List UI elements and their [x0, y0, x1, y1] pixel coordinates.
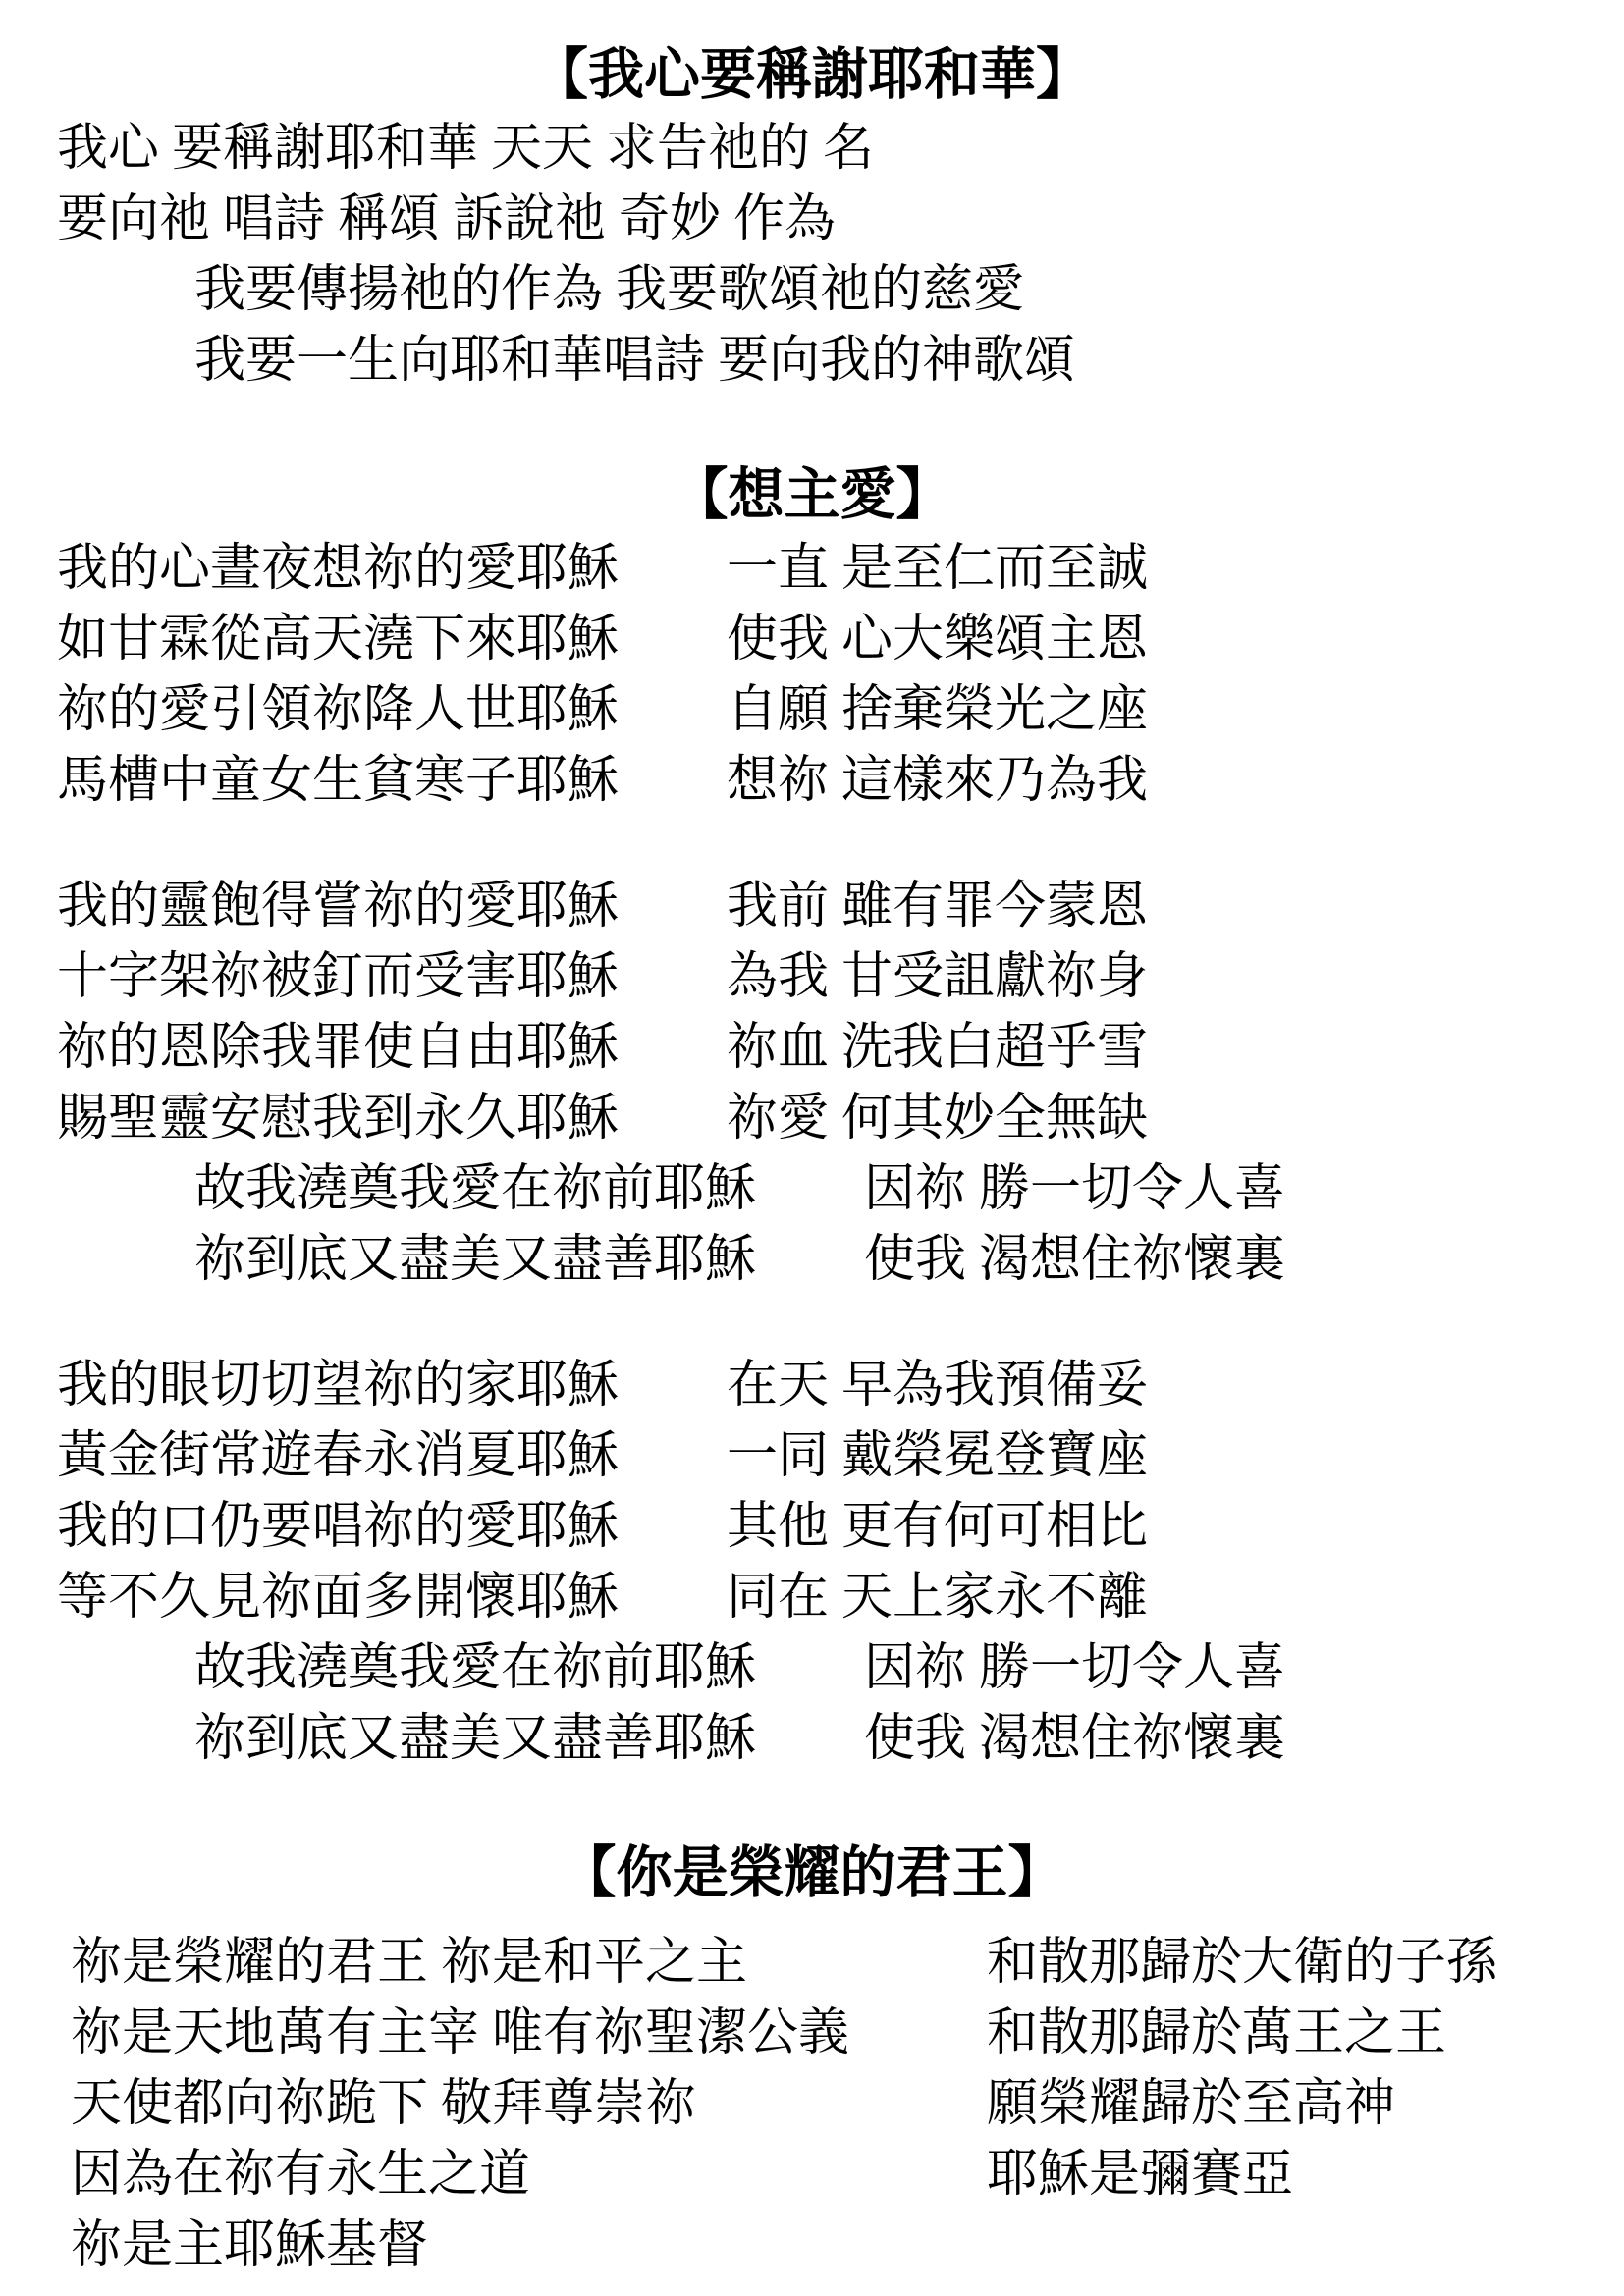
song3-lines: 祢是榮耀的君王 祢是和平之主 和散那歸於大衛的子孫 祢是天地萬有主宰 唯有祢聖潔… [0, 1928, 1624, 2281]
chorus-2: 故我澆奠我愛在祢前耶穌 因祢 勝一切令人喜 祢到底又盡美又盡善耶穌 使我 渴想住… [0, 1633, 1624, 1775]
lyrics-page: 【我心要稱謝耶和華】 我心 要稱謝耶和華 天天 求告祂的 名 要向祂 唱詩 稱頌… [0, 0, 1624, 2296]
lyric-line: 黃金街常遊春永消夏耶穌 一同 戴榮冕登寶座 [0, 1421, 1624, 1492]
lyric-left: 天使都向祢跪下 敬拜尊崇祢 [71, 2069, 987, 2140]
verse-1: 我的心晝夜想祢的愛耶穌 一直 是至仁而至誠 如甘霖從高天澆下來耶穌 使我 心大樂… [0, 534, 1624, 817]
lyric-line: 故我澆奠我愛在祢前耶穌 因祢 勝一切令人喜 [0, 1633, 1624, 1704]
lyric-left: 賜聖靈安慰我到永久耶穌 [57, 1084, 727, 1154]
lyric-right: 和散那歸於大衛的子孫 [987, 1928, 1624, 1999]
verse-3: 我的眼切切望祢的家耶穌 在天 早為我預備妥 黃金街常遊春永消夏耶穌 一同 戴榮冕… [0, 1351, 1624, 1633]
lyric-line: 祢是榮耀的君王 祢是和平之主 和散那歸於大衛的子孫 [0, 1928, 1624, 1999]
lyric-right: 耶穌是彌賽亞 [987, 2140, 1624, 2211]
lyric-left: 如甘霖從高天澆下來耶穌 [57, 605, 727, 675]
lyric-right: 願榮耀歸於至高神 [987, 2069, 1624, 2140]
lyric-right: 和散那歸於萬王之王 [987, 1999, 1624, 2069]
lyric-right: 祢愛 何其妙全無缺 [727, 1084, 1624, 1154]
song-section-1: 【我心要稱謝耶和華】 我心 要稱謝耶和華 天天 求告祂的 名 要向祂 唱詩 稱頌… [0, 37, 1624, 397]
lyric-line: 祢到底又盡美又盡善耶穌 使我 渴想住祢懷裏 [0, 1225, 1624, 1296]
lyric-right: 同在 天上家永不離 [727, 1563, 1624, 1633]
lyric-right: 我前 雖有罪今蒙恩 [727, 872, 1624, 942]
lyric-right: 使我 心大樂頌主恩 [727, 605, 1624, 675]
lyric-line: 祢的恩除我罪使自由耶穌 祢血 洗我白超乎雪 [0, 1013, 1624, 1084]
lyric-left: 祢到底又盡美又盡善耶穌 [194, 1225, 864, 1296]
lyric-left: 十字架祢被釘而受害耶穌 [57, 942, 727, 1013]
song-section-2: 【想主愛】 我的心晝夜想祢的愛耶穌 一直 是至仁而至誠 如甘霖從高天澆下來耶穌 … [0, 457, 1624, 1775]
lyric-line: 故我澆奠我愛在祢前耶穌 因祢 勝一切令人喜 [0, 1154, 1624, 1225]
lyric-left: 我的心晝夜想祢的愛耶穌 [57, 534, 727, 605]
lyric-line: 我要傳揚祂的作為 我要歌頌祂的慈愛 [0, 255, 1624, 326]
lyric-line: 等不久見祢面多開懷耶穌 同在 天上家永不離 [0, 1563, 1624, 1633]
lyric-left: 我的靈飽得嘗祢的愛耶穌 [57, 872, 727, 942]
lyric-line: 我的心晝夜想祢的愛耶穌 一直 是至仁而至誠 [0, 534, 1624, 605]
song-title-1: 【我心要稱謝耶和華】 [0, 37, 1624, 114]
lyric-right: 其他 更有何可相比 [727, 1492, 1624, 1563]
lyric-line: 如甘霖從高天澆下來耶穌 使我 心大樂頌主恩 [0, 605, 1624, 675]
lyric-line: 祢的愛引領祢降人世耶穌 自願 捨棄榮光之座 [0, 675, 1624, 746]
lyric-right [987, 2211, 1624, 2281]
lyric-left: 祢到底又盡美又盡善耶穌 [194, 1704, 864, 1775]
lyric-right: 一直 是至仁而至誠 [727, 534, 1624, 605]
lyric-left: 因為在祢有永生之道 [71, 2140, 987, 2211]
lyric-right: 使我 渴想住祢懷裏 [864, 1225, 1624, 1296]
lyric-line: 祢到底又盡美又盡善耶穌 使我 渴想住祢懷裏 [0, 1704, 1624, 1775]
lyric-right: 因祢 勝一切令人喜 [864, 1633, 1624, 1704]
lyric-right: 因祢 勝一切令人喜 [864, 1154, 1624, 1225]
lyric-left: 祢是主耶穌基督 [71, 2211, 987, 2281]
lyric-left: 祢的恩除我罪使自由耶穌 [57, 1013, 727, 1084]
lyric-line: 因為在祢有永生之道 耶穌是彌賽亞 [0, 2140, 1624, 2211]
lyric-line: 我的靈飽得嘗祢的愛耶穌 我前 雖有罪今蒙恩 [0, 872, 1624, 942]
lyric-left: 祢是榮耀的君王 祢是和平之主 [71, 1928, 987, 1999]
lyric-left: 我的口仍要唱祢的愛耶穌 [57, 1492, 727, 1563]
song-title-2: 【想主愛】 [0, 457, 1624, 534]
lyric-line: 我的口仍要唱祢的愛耶穌 其他 更有何可相比 [0, 1492, 1624, 1563]
lyric-right: 自願 捨棄榮光之座 [727, 675, 1624, 746]
lyric-line: 祢是天地萬有主宰 唯有祢聖潔公義 和散那歸於萬王之王 [0, 1999, 1624, 2069]
lyric-line: 我要一生向耶和華唱詩 要向我的神歌頌 [0, 326, 1624, 397]
lyric-line: 我的眼切切望祢的家耶穌 在天 早為我預備妥 [0, 1351, 1624, 1421]
chorus-1: 故我澆奠我愛在祢前耶穌 因祢 勝一切令人喜 祢到底又盡美又盡善耶穌 使我 渴想住… [0, 1154, 1624, 1296]
lyric-left: 故我澆奠我愛在祢前耶穌 [194, 1633, 864, 1704]
lyric-left: 馬槽中童女生貧寒子耶穌 [57, 746, 727, 817]
lyric-line: 十字架祢被釘而受害耶穌 為我 甘受詛獻祢身 [0, 942, 1624, 1013]
lyric-line: 要向祂 唱詩 稱頌 訴說祂 奇妙 作為 [0, 185, 1624, 255]
song-section-3: 【你是榮耀的君王】 祢是榮耀的君王 祢是和平之主 和散那歸於大衛的子孫 祢是天地… [0, 1836, 1624, 2281]
lyric-right: 一同 戴榮冕登寶座 [727, 1421, 1624, 1492]
lyric-line: 祢是主耶穌基督 [0, 2211, 1624, 2281]
lyric-line: 天使都向祢跪下 敬拜尊崇祢 願榮耀歸於至高神 [0, 2069, 1624, 2140]
lyric-line: 賜聖靈安慰我到永久耶穌 祢愛 何其妙全無缺 [0, 1084, 1624, 1154]
lyric-right: 祢血 洗我白超乎雪 [727, 1013, 1624, 1084]
lyric-left: 故我澆奠我愛在祢前耶穌 [194, 1154, 864, 1225]
lyric-right: 在天 早為我預備妥 [727, 1351, 1624, 1421]
lyric-right: 為我 甘受詛獻祢身 [727, 942, 1624, 1013]
lyric-line: 我心 要稱謝耶和華 天天 求告祂的 名 [0, 114, 1624, 185]
lyric-left: 黃金街常遊春永消夏耶穌 [57, 1421, 727, 1492]
lyric-right: 使我 渴想住祢懷裏 [864, 1704, 1624, 1775]
lyric-left: 祢是天地萬有主宰 唯有祢聖潔公義 [71, 1999, 987, 2069]
song-title-3: 【你是榮耀的君王】 [0, 1836, 1624, 1912]
lyric-left: 等不久見祢面多開懷耶穌 [57, 1563, 727, 1633]
lyric-line: 馬槽中童女生貧寒子耶穌 想祢 這樣來乃為我 [0, 746, 1624, 817]
lyric-right: 想祢 這樣來乃為我 [727, 746, 1624, 817]
lyric-left: 我的眼切切望祢的家耶穌 [57, 1351, 727, 1421]
lyric-left: 祢的愛引領祢降人世耶穌 [57, 675, 727, 746]
verse-2: 我的靈飽得嘗祢的愛耶穌 我前 雖有罪今蒙恩 十字架祢被釘而受害耶穌 為我 甘受詛… [0, 872, 1624, 1154]
